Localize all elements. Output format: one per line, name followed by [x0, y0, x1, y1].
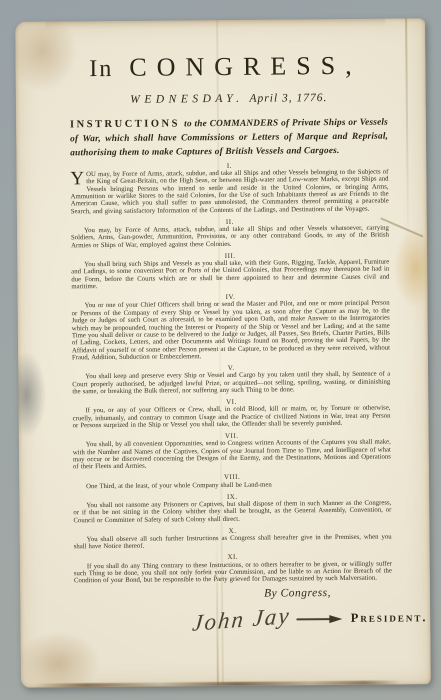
president-label: President. — [351, 610, 428, 626]
signature-flourish-icon — [297, 614, 343, 624]
signature-john-jay: John Jay — [191, 603, 292, 637]
paper-stain — [15, 631, 101, 688]
section-11: XI. If you shall do any Thing contrary t… — [74, 552, 392, 585]
section-text: One Third, at the least, of your whole C… — [73, 480, 391, 490]
section-2: II. You may, by Force of Arms, attack, s… — [71, 216, 389, 249]
section-text: If you, or any of your Officers or Crew,… — [72, 405, 390, 430]
section-4: IV. You or one of your Chief Officers sh… — [71, 292, 390, 362]
section-text: You may, by Force of Arms, attack, subdu… — [71, 225, 389, 250]
paper-stain — [45, 18, 385, 29]
paper-stain — [15, 352, 47, 438]
section-6: VI. If you, or any of your Officers or C… — [72, 396, 390, 429]
dateline-date: April 3, 1776. — [249, 92, 327, 105]
section-5: V. You shall keep and preserve every Shi… — [72, 362, 390, 395]
section-10: X. You shall observe all such further In… — [74, 525, 392, 551]
closing-block: By Congress, John Jay President. — [74, 586, 392, 638]
section-8: VIII. One Third, at the least, of your w… — [73, 472, 391, 491]
section-9: IX. You shall not ransome any Prisoners … — [73, 491, 391, 524]
section-7: VII. You shall, by all convenient Opport… — [73, 430, 391, 471]
deckled-edge — [35, 680, 401, 687]
by-congress-line: By Congress, — [74, 586, 392, 601]
dateline: WEDNESDAY.April 3, 1776. — [70, 88, 388, 109]
section-text: You shall bring such Ships and Vessels a… — [71, 259, 389, 291]
section-text: You shall keep and preserve every Ship o… — [72, 371, 390, 396]
instructions-sections: I. YOU may, by Force of Arms, attack, su… — [70, 160, 392, 585]
section-text: You or one of your Chief Officers shall … — [72, 300, 391, 362]
section-3: III. You shall bring such Ships and Vess… — [71, 250, 389, 291]
section-text: You shall observe all such further Instr… — [74, 534, 392, 551]
masthead-congress: CONGRESS, — [129, 51, 362, 82]
section-1: I. YOU may, by Force of Arms, attack, su… — [70, 160, 388, 215]
section-text: You shall not ransome any Prisoners or C… — [73, 500, 391, 525]
document-title: INSTRUCTIONS to the COMMANDERS of Privat… — [70, 115, 388, 160]
masthead-line: InCONGRESS, — [63, 51, 387, 84]
masthead-in: In — [89, 56, 113, 82]
dateline-day: WEDNESDAY. — [130, 93, 243, 106]
paper-crease — [405, 18, 409, 248]
signature-row: John Jay President. — [74, 601, 392, 638]
paper: InCONGRESS, WEDNESDAY.April 3, 1776. INS… — [15, 18, 431, 688]
document-photo: InCONGRESS, WEDNESDAY.April 3, 1776. INS… — [0, 0, 441, 700]
masthead: InCONGRESS, WEDNESDAY.April 3, 1776. INS… — [69, 51, 388, 160]
section-text: If you shall do any Thing contrary to th… — [74, 560, 392, 585]
paper-stain — [393, 228, 431, 308]
title-lead: INSTRUCTIONS — [70, 118, 180, 130]
section-text: YOU may, by Force of Arms, attack, subdu… — [70, 169, 388, 216]
section-text: You shall, by all convenient Opportuniti… — [73, 439, 391, 471]
